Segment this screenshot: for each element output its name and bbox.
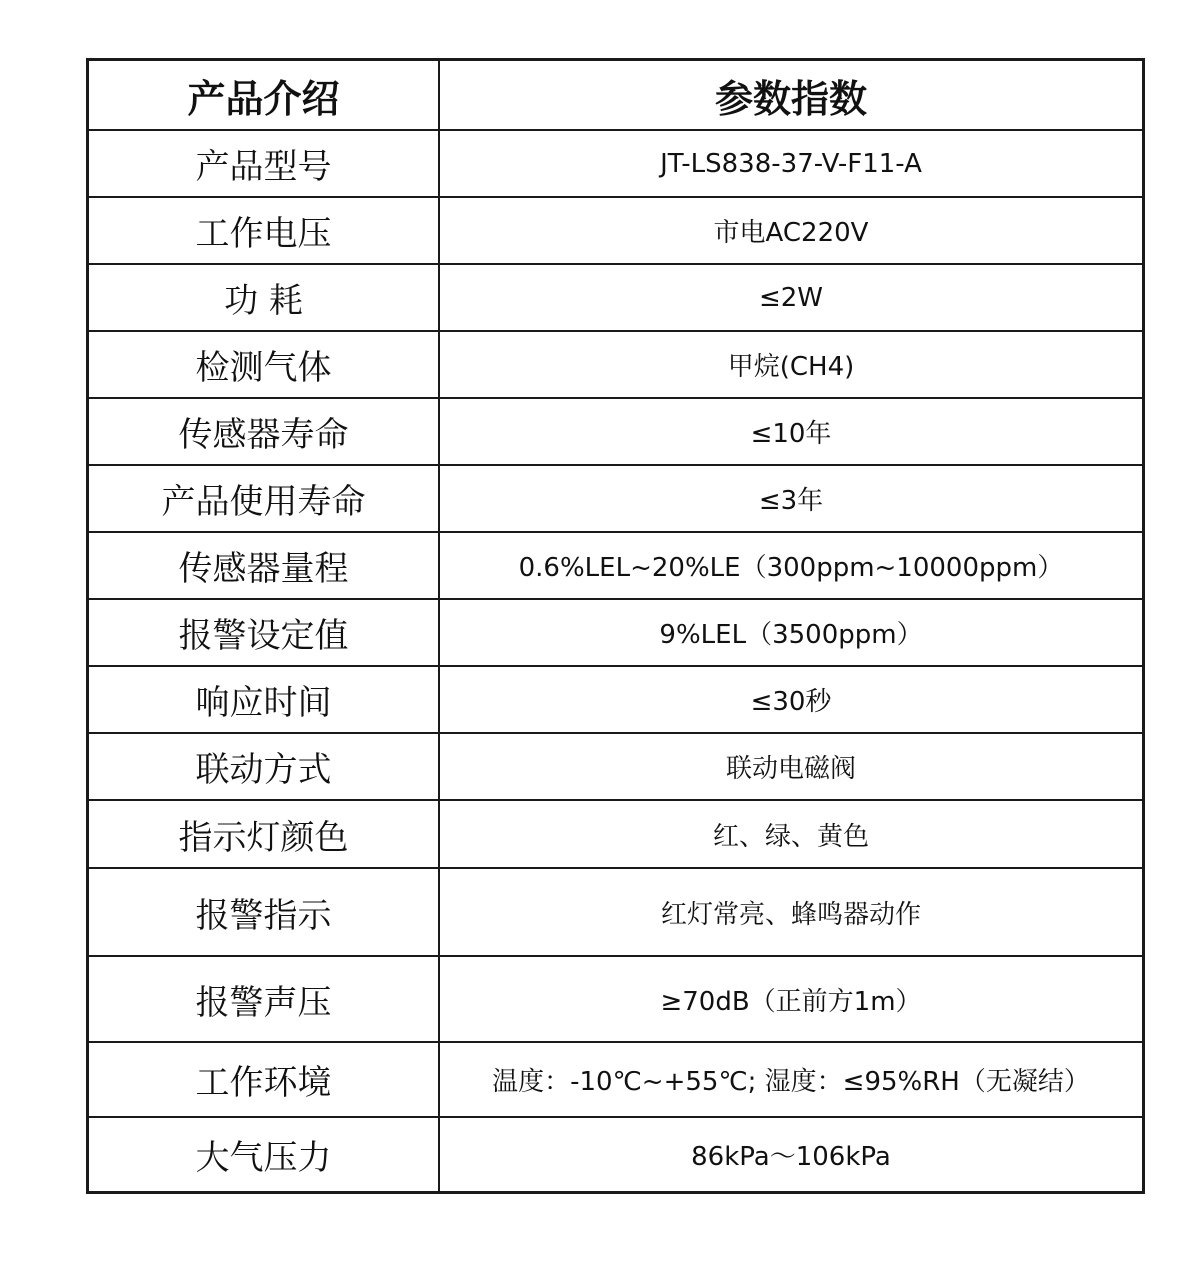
row-label: 指示灯颜色 bbox=[88, 800, 440, 868]
row-value: 红、绿、黄色 bbox=[439, 800, 1144, 868]
table-row: 工作电压市电AC220V bbox=[88, 197, 1144, 264]
row-label: 检测气体 bbox=[88, 331, 440, 398]
row-value: ≤30秒 bbox=[439, 666, 1144, 733]
table-row: 报警设定值9%LEL（3500ppm） bbox=[88, 599, 1144, 666]
row-value: ≤3年 bbox=[439, 465, 1144, 532]
row-label: 传感器量程 bbox=[88, 532, 440, 599]
row-value: 红灯常亮、蜂鸣器动作 bbox=[439, 868, 1144, 956]
row-label: 产品使用寿命 bbox=[88, 465, 440, 532]
header-row: 产品介绍 参数指数 bbox=[88, 60, 1144, 131]
row-value: 9%LEL（3500ppm） bbox=[439, 599, 1144, 666]
spec-table: 产品介绍 参数指数 产品型号JT-LS838-37-V-F11-A工作电压市电A… bbox=[86, 58, 1145, 1194]
row-value: 温度：-10℃~+55℃; 湿度：≤95%RH（无凝结） bbox=[439, 1042, 1144, 1117]
row-label: 报警声压 bbox=[88, 956, 440, 1042]
table-row: 报警声压≥70dB（正前方1m） bbox=[88, 956, 1144, 1042]
row-value: ≥70dB（正前方1m） bbox=[439, 956, 1144, 1042]
table-row: 联动方式联动电磁阀 bbox=[88, 733, 1144, 800]
table-row: 产品使用寿命≤3年 bbox=[88, 465, 1144, 532]
table-row: 产品型号JT-LS838-37-V-F11-A bbox=[88, 130, 1144, 197]
table-row: 传感器寿命≤10年 bbox=[88, 398, 1144, 465]
row-label: 工作电压 bbox=[88, 197, 440, 264]
row-label: 响应时间 bbox=[88, 666, 440, 733]
table-row: 指示灯颜色红、绿、黄色 bbox=[88, 800, 1144, 868]
row-label: 产品型号 bbox=[88, 130, 440, 197]
table-row: 检测气体甲烷(CH4) bbox=[88, 331, 1144, 398]
table-row: 大气压力86kPa～106kPa bbox=[88, 1117, 1144, 1192]
row-label: 工作环境 bbox=[88, 1042, 440, 1117]
row-value: ≤10年 bbox=[439, 398, 1144, 465]
row-label: 功 耗 bbox=[88, 264, 440, 331]
table-row: 功 耗≤2W bbox=[88, 264, 1144, 331]
row-value: 86kPa～106kPa bbox=[439, 1117, 1144, 1192]
row-value: 0.6%LEL~20%LE（300ppm~10000ppm） bbox=[439, 532, 1144, 599]
row-value: JT-LS838-37-V-F11-A bbox=[439, 130, 1144, 197]
header-product-intro: 产品介绍 bbox=[88, 60, 440, 131]
table-row: 工作环境温度：-10℃~+55℃; 湿度：≤95%RH（无凝结） bbox=[88, 1042, 1144, 1117]
header-parameters: 参数指数 bbox=[439, 60, 1144, 131]
table-row: 报警指示红灯常亮、蜂鸣器动作 bbox=[88, 868, 1144, 956]
table-row: 传感器量程0.6%LEL~20%LE（300ppm~10000ppm） bbox=[88, 532, 1144, 599]
row-label: 大气压力 bbox=[88, 1117, 440, 1192]
row-label: 传感器寿命 bbox=[88, 398, 440, 465]
row-value: 甲烷(CH4) bbox=[439, 331, 1144, 398]
table-row: 响应时间≤30秒 bbox=[88, 666, 1144, 733]
row-value: 市电AC220V bbox=[439, 197, 1144, 264]
row-label: 报警设定值 bbox=[88, 599, 440, 666]
row-value: ≤2W bbox=[439, 264, 1144, 331]
row-label: 联动方式 bbox=[88, 733, 440, 800]
row-label: 报警指示 bbox=[88, 868, 440, 956]
row-value: 联动电磁阀 bbox=[439, 733, 1144, 800]
